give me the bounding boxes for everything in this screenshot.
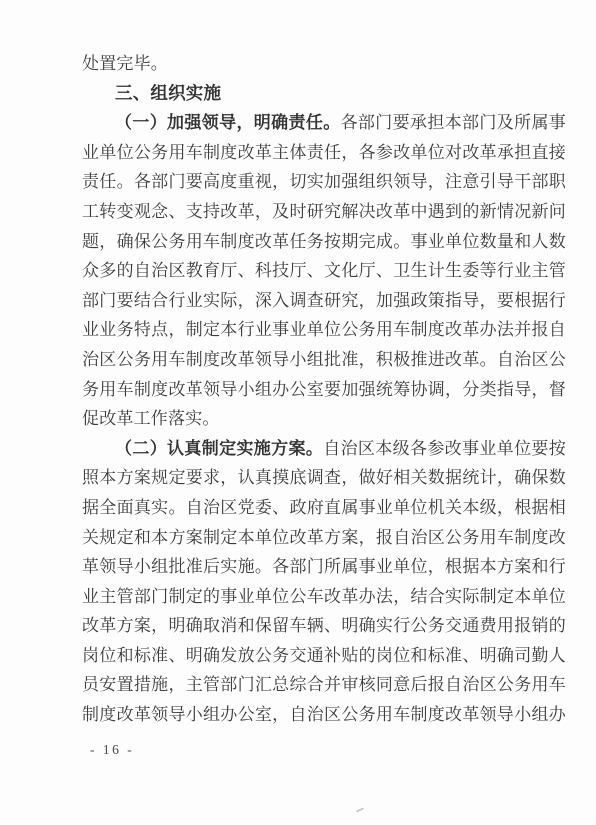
text-line: 革领导小组批准后实施。各部门所属事业单位，根据本方案和行 xyxy=(82,552,566,582)
page-number: - 16 - xyxy=(90,742,134,758)
text-line: 工转变观念、支持改革，及时研究解决改革中遇到的新情况新问 xyxy=(82,197,566,227)
bold-lead-text: （一）加强领导，明确责任。 xyxy=(115,113,341,132)
body-text: 自治区本级各参改事业单位要按 xyxy=(323,439,566,458)
text-line: 照本方案规定要求，认真摸底调查，做好相关数据统计，确保数 xyxy=(82,463,566,493)
text-line: 题，确保公务用车制度改革任务按期完成。事业单位数量和人数 xyxy=(82,227,566,257)
text-line: 业主管部门制定的事业单位公车改革办法，结合实际制定本单位 xyxy=(82,582,566,612)
text-line: （一）加强领导，明确责任。各部门要承担本部门及所属事 xyxy=(82,108,566,138)
text-line: 务用车制度改革领导小组办公室要加强统筹协调，分类指导，督 xyxy=(82,375,566,405)
text-line: 部门要结合行业实际，深入调查研究，加强政策指导，要根据行 xyxy=(82,286,566,316)
text-line: 关规定和本方案制定本单位改革方案，报自治区公务用车制度改 xyxy=(82,523,566,553)
scanned-document-page: 处置完毕。三、组织实施（一）加强领导，明确责任。各部门要承担本部门及所属事业单位… xyxy=(0,0,596,825)
text-line: 治区公务用车制度改革领导小组批准，积极推进改革。自治区公 xyxy=(82,345,566,375)
scan-artifact-mark xyxy=(356,807,364,812)
body-text: 业主管部门制定的事业单位公车改革办法，结合实际制定本单位 xyxy=(82,587,566,606)
body-text: 岗位和标准、明确发放公务交通补贴的岗位和标准、明确司勤人 xyxy=(82,646,566,665)
document-body-lines: 处置完毕。三、组织实施（一）加强领导，明确责任。各部门要承担本部门及所属事业单位… xyxy=(82,49,566,730)
body-text: 改革方案，明确取消和保留车辆、明确实行公务交通费用报销的 xyxy=(82,616,566,635)
body-text: 关规定和本方案制定本单位改革方案，报自治区公务用车制度改 xyxy=(82,528,566,547)
text-line: 岗位和标准、明确发放公务交通补贴的岗位和标准、明确司勤人 xyxy=(82,641,566,671)
section-heading: 三、组织实施 xyxy=(82,79,566,109)
text-line: 责任。各部门要高度重视，切实加强组织领导，注意引导干部职 xyxy=(82,167,566,197)
text-line: 促改革工作落实。 xyxy=(82,404,566,434)
body-text: 治区公务用车制度改革领导小组批准，积极推进改革。自治区公 xyxy=(82,350,566,369)
body-text: 务用车制度改革领导小组办公室要加强统筹协调，分类指导，督 xyxy=(82,380,566,399)
body-text: 部门要结合行业实际，深入调查研究，加强政策指导，要根据行 xyxy=(82,291,566,310)
body-text: 员安置措施，主管部门汇总综合并审核同意后报自治区公务用车 xyxy=(82,675,566,694)
body-text: 题，确保公务用车制度改革任务按期完成。事业单位数量和人数 xyxy=(82,232,566,251)
text-line: 处置完毕。 xyxy=(82,49,566,79)
body-text: 革领导小组批准后实施。各部门所属事业单位，根据本方案和行 xyxy=(82,557,566,576)
text-line: 制度改革领导小组办公室，自治区公务用车制度改革领导小组办 xyxy=(82,700,566,730)
text-line: 众多的自治区教育厅、科技厅、文化厅、卫生计生委等行业主管 xyxy=(82,256,566,286)
body-text: 照本方案规定要求，认真摸底调查，做好相关数据统计，确保数 xyxy=(82,468,566,487)
body-text: 制度改革领导小组办公室，自治区公务用车制度改革领导小组办 xyxy=(82,705,566,724)
body-text: 据全面真实。自治区党委、政府直属事业单位机关本级，根据相 xyxy=(82,498,566,517)
text-line: 员安置措施，主管部门汇总综合并审核同意后报自治区公务用车 xyxy=(82,670,566,700)
text-line: 改革方案，明确取消和保留车辆、明确实行公务交通费用报销的 xyxy=(82,611,566,641)
bold-lead-text: （二）认真制定实施方案。 xyxy=(115,439,323,458)
bold-lead-text: 三、组织实施 xyxy=(115,83,221,103)
body-text: 业业务特点，制定本行业事业单位公务用车制度改革办法并报自 xyxy=(82,320,566,339)
body-text: 业单位公务用车制度改革主体责任，各参改单位对改革承担直接 xyxy=(82,143,566,162)
body-text: 处置完毕。 xyxy=(82,54,168,73)
text-line: 业业务特点，制定本行业事业单位公务用车制度改革办法并报自 xyxy=(82,315,566,345)
text-line: 业单位公务用车制度改革主体责任，各参改单位对改革承担直接 xyxy=(82,138,566,168)
body-text: 责任。各部门要高度重视，切实加强组织领导，注意引导干部职 xyxy=(82,172,566,191)
body-text: 促改革工作落实。 xyxy=(82,409,220,428)
body-text: 各部门要承担本部门及所属事 xyxy=(341,113,566,132)
text-line: 据全面真实。自治区党委、政府直属事业单位机关本级，根据相 xyxy=(82,493,566,523)
body-text: 众多的自治区教育厅、科技厅、文化厅、卫生计生委等行业主管 xyxy=(82,261,566,280)
text-line: （二）认真制定实施方案。自治区本级各参改事业单位要按 xyxy=(82,434,566,464)
body-text: 工转变观念、支持改革，及时研究解决改革中遇到的新情况新问 xyxy=(82,202,566,221)
